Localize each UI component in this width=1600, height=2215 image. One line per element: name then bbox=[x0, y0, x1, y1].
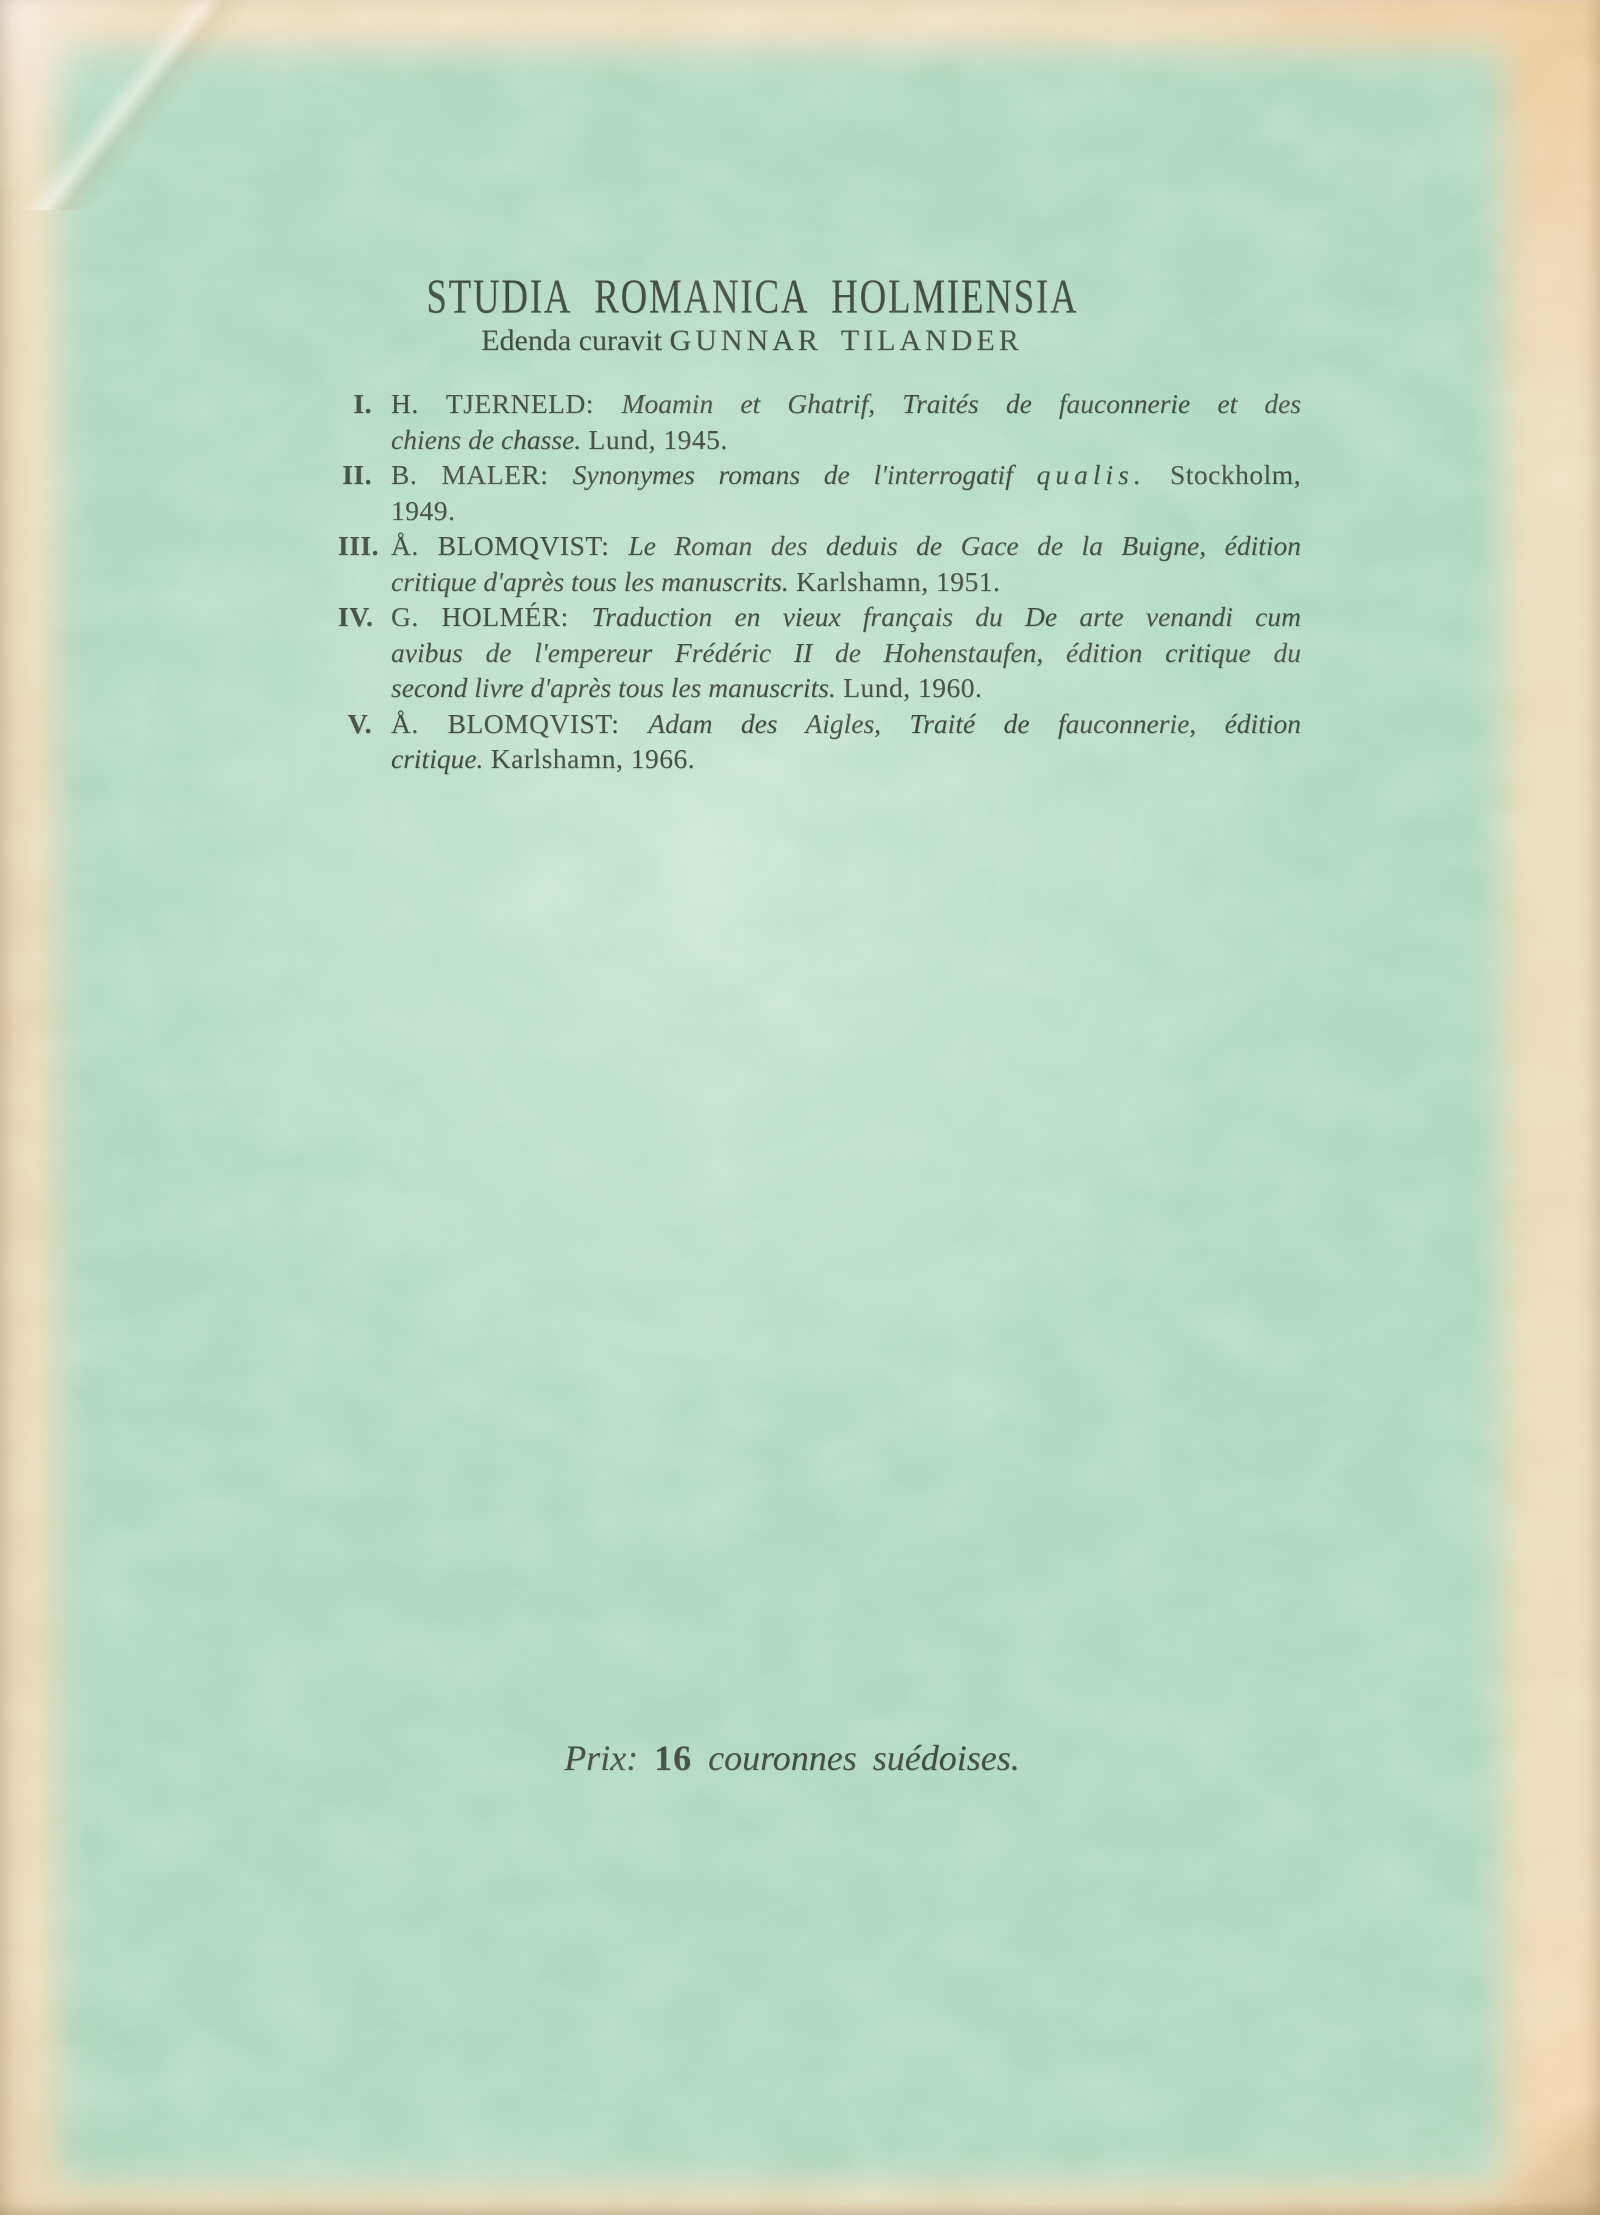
publication-list: I. H. TJERNELD: Moamin et Ghatrif, Trait… bbox=[338, 386, 1301, 777]
title-run: Moamin et Ghatrif, Traités de fauconneri… bbox=[622, 388, 1301, 419]
title-run: critique d'après tous les manuscrits. bbox=[391, 566, 789, 597]
title-run: second livre d'après tous les manuscrits… bbox=[391, 672, 836, 703]
page-curl-top-left bbox=[0, 0, 150, 190]
corner-shadow-bottom-right bbox=[1450, 2105, 1600, 2215]
entry-text: Å. BLOMQVIST: Adam des Aigles, Traité de… bbox=[391, 706, 1301, 777]
entry-line: G. HOLMÉR: Traduction en vieux français … bbox=[391, 599, 1301, 635]
author-run: Å. BLOMQVIST: bbox=[391, 708, 648, 739]
book-back-cover: STUDIA ROMANICA HOLMIENSIA Edenda curavi… bbox=[0, 0, 1600, 2215]
title-spaced-run: qualis. bbox=[1037, 459, 1146, 490]
entry-text: G. HOLMÉR: Traduction en vieux français … bbox=[391, 599, 1301, 706]
entry-line: B. MALER: Synonymes romans de l'interrog… bbox=[391, 457, 1301, 493]
title-run: avibus de l'empereur Frédéric II de Hohe… bbox=[391, 637, 1301, 668]
entry-line: chiens de chasse. Lund, 1945. bbox=[391, 422, 1301, 458]
imprint-run: Lund, 1960. bbox=[836, 672, 983, 703]
entry-numeral: IV. bbox=[338, 599, 372, 635]
price-line: Prix: 16 couronnes suédoises. bbox=[352, 1739, 1232, 1779]
entry-numeral: II. bbox=[338, 457, 372, 493]
entry-numeral: III. bbox=[338, 528, 372, 564]
entry-line: 1949. bbox=[391, 493, 1301, 529]
title-run: critique. bbox=[391, 743, 483, 774]
imprint-run: Karlshamn, 1966. bbox=[483, 743, 695, 774]
green-printed-panel bbox=[58, 50, 1502, 2183]
entry-text: B. MALER: Synonymes romans de l'interrog… bbox=[391, 457, 1301, 528]
series-editor-line: Edenda curavit GUNNAR TILANDER bbox=[352, 324, 1152, 359]
publication-entry-3: III. Å. BLOMQVIST: Le Roman des deduis d… bbox=[338, 528, 1301, 599]
price-prefix: Prix: bbox=[564, 1738, 638, 1778]
author-run: Å. BLOMQVIST: bbox=[391, 530, 628, 561]
price-amount: 16 bbox=[654, 1738, 692, 1778]
entry-text: H. TJERNELD: Moamin et Ghatrif, Traités … bbox=[391, 386, 1301, 457]
series-title: STUDIA ROMANICA HOLMIENSIA bbox=[352, 272, 1152, 316]
editor-name: GUNNAR TILANDER bbox=[669, 324, 1022, 357]
title-run: Le Roman des deduis de Gace de la Buigne… bbox=[628, 530, 1301, 561]
editor-prefix: Edenda curavit bbox=[481, 324, 662, 357]
title-run: Synonymes romans de l'interrogatif bbox=[573, 459, 1037, 490]
entry-text: Å. BLOMQVIST: Le Roman des deduis de Gac… bbox=[391, 528, 1301, 599]
author-run: G. HOLMÉR: bbox=[391, 601, 591, 632]
entry-line: second livre d'après tous les manuscrits… bbox=[391, 670, 1301, 706]
title-run: Traduction en vieux français du De arte … bbox=[591, 601, 1301, 632]
entry-line: Å. BLOMQVIST: Adam des Aigles, Traité de… bbox=[391, 706, 1301, 742]
imprint-run: Stockholm, bbox=[1146, 459, 1301, 490]
entry-line: Å. BLOMQVIST: Le Roman des deduis de Gac… bbox=[391, 528, 1301, 564]
title-run: chiens de chasse. bbox=[391, 424, 581, 455]
publication-entry-4: IV. G. HOLMÉR: Traduction en vieux franç… bbox=[338, 599, 1301, 706]
series-title-text: STUDIA ROMANICA HOLMIENSIA bbox=[426, 270, 1078, 324]
entry-line: H. TJERNELD: Moamin et Ghatrif, Traités … bbox=[391, 386, 1301, 422]
entry-numeral: I. bbox=[338, 386, 372, 422]
publication-entry-5: V. Å. BLOMQVIST: Adam des Aigles, Traité… bbox=[338, 706, 1301, 777]
title-run: Adam des Aigles, Traité de fauconnerie, … bbox=[648, 708, 1301, 739]
price-suffix: couronnes suédoises. bbox=[708, 1738, 1020, 1778]
imprint-run: 1949. bbox=[391, 495, 455, 526]
entry-line: critique. Karlshamn, 1966. bbox=[391, 741, 1301, 777]
publication-entry-2: II. B. MALER: Synonymes romans de l'inte… bbox=[338, 457, 1301, 528]
entry-line: critique d'après tous les manuscrits. Ka… bbox=[391, 564, 1301, 600]
entry-numeral: V. bbox=[338, 706, 372, 742]
imprint-run: Lund, 1945. bbox=[581, 424, 728, 455]
author-run: B. MALER: bbox=[391, 459, 573, 490]
imprint-run: Karlshamn, 1951. bbox=[789, 566, 1001, 597]
publication-entry-1: I. H. TJERNELD: Moamin et Ghatrif, Trait… bbox=[338, 386, 1301, 457]
author-run: H. TJERNELD: bbox=[391, 388, 622, 419]
entry-line: avibus de l'empereur Frédéric II de Hohe… bbox=[391, 635, 1301, 671]
